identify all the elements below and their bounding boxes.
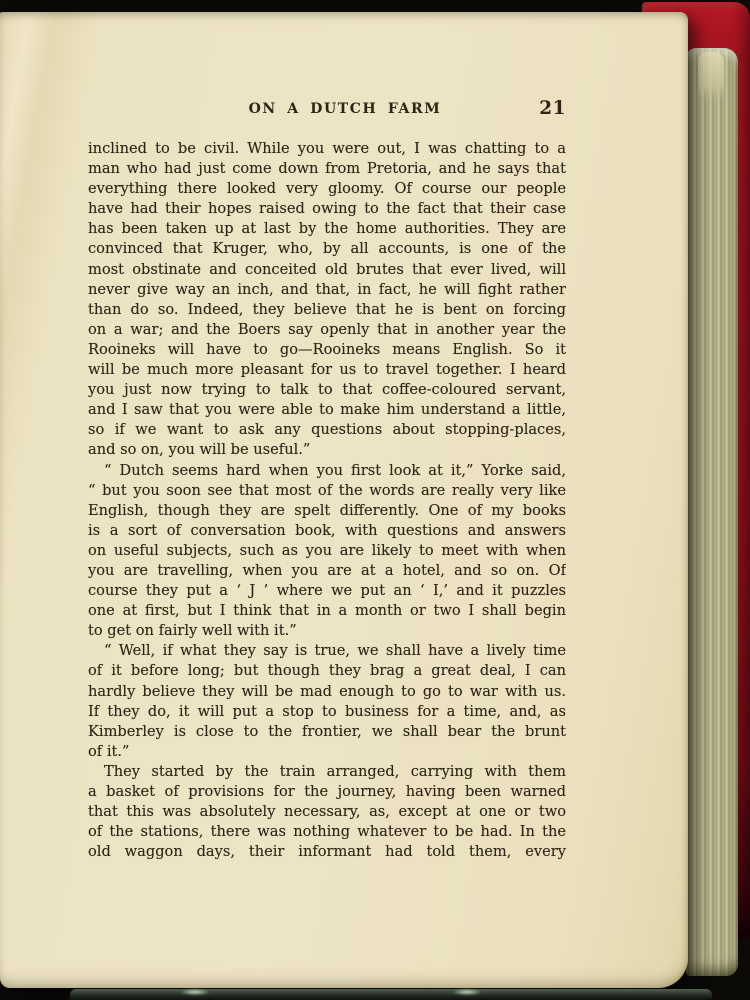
page-header: ON A DUTCH FARM 21: [88, 101, 566, 125]
running-header-title: ON A DUTCH FARM: [106, 101, 584, 117]
text-line: “ but you soon see that most of the word…: [88, 481, 566, 501]
text-line: than do so. Indeed, they believe that he…: [88, 300, 566, 320]
text-line: inclined to be civil. While you were out…: [88, 139, 566, 159]
text-line: that this was absolutely necessary, as, …: [88, 802, 566, 822]
page-edges-stack: [686, 48, 738, 976]
text-line: to get on fairly well with it.”: [88, 621, 566, 641]
text-line: and so on, you will be useful.”: [88, 440, 566, 460]
cradle-highlight: [452, 989, 482, 995]
text-line: of the stations, there was nothing whate…: [88, 822, 566, 842]
text-line: you are travelling, when you are at a ho…: [88, 561, 566, 581]
text-line: will be much more pleasant for us to tra…: [88, 360, 566, 380]
text-line: Kimberley is close to the frontier, we s…: [88, 722, 566, 742]
text-line: convinced that Kruger, who, by all accou…: [88, 239, 566, 259]
text-line: “ Well, if what they say is true, we sha…: [88, 641, 566, 661]
book-scan: { "header": { "title": "ON A DUTCH FARM"…: [0, 0, 750, 1000]
text-line: so if we want to ask any questions about…: [88, 420, 566, 440]
text-line: is a sort of conversation book, with que…: [88, 521, 566, 541]
text-line: has been taken up at last by the home au…: [88, 219, 566, 239]
text-line: one at first, but I think that in a mont…: [88, 601, 566, 621]
text-line: old waggon days, their informant had tol…: [88, 842, 566, 862]
text-line: you just now trying to talk to that coff…: [88, 380, 566, 400]
text-block: inclined to be civil. While you were out…: [88, 139, 566, 862]
text-line: and I saw that you were able to make him…: [88, 400, 566, 420]
page-number: 21: [539, 98, 566, 119]
text-line: most obstinate and conceited old brutes …: [88, 260, 566, 280]
text-line: have had their hopes raised owing to the…: [88, 199, 566, 219]
text-line: on useful subjects, such as you are like…: [88, 541, 566, 561]
text-line: They started by the train arranged, carr…: [88, 762, 566, 782]
top-page-curl: [698, 52, 724, 100]
scanner-cradle-bar: [70, 989, 712, 1000]
text-line: English, though they are spelt different…: [88, 501, 566, 521]
text-line: of it before long; but though they brag …: [88, 661, 566, 681]
text-line: never give way an inch, and that, in fac…: [88, 280, 566, 300]
text-line: “ Dutch seems hard when you first look a…: [88, 461, 566, 481]
text-line: man who had just come down from Pretoria…: [88, 159, 566, 179]
cradle-highlight: [180, 989, 210, 995]
text-line: If they do, it will put a stop to busine…: [88, 702, 566, 722]
text-line: a basket of provisions for the journey, …: [88, 782, 566, 802]
text-line: course they put a ‘ J ’ where we put an …: [88, 581, 566, 601]
book-page: ON A DUTCH FARM 21 inclined to be civil.…: [0, 12, 688, 988]
text-line: everything there looked very gloomy. Of …: [88, 179, 566, 199]
text-line: Rooineks will have to go—Rooineks means …: [88, 340, 566, 360]
text-line: on a war; and the Boers say openly that …: [88, 320, 566, 340]
text-line: of it.”: [88, 742, 566, 762]
text-line: hardly believe they will be mad enough t…: [88, 682, 566, 702]
